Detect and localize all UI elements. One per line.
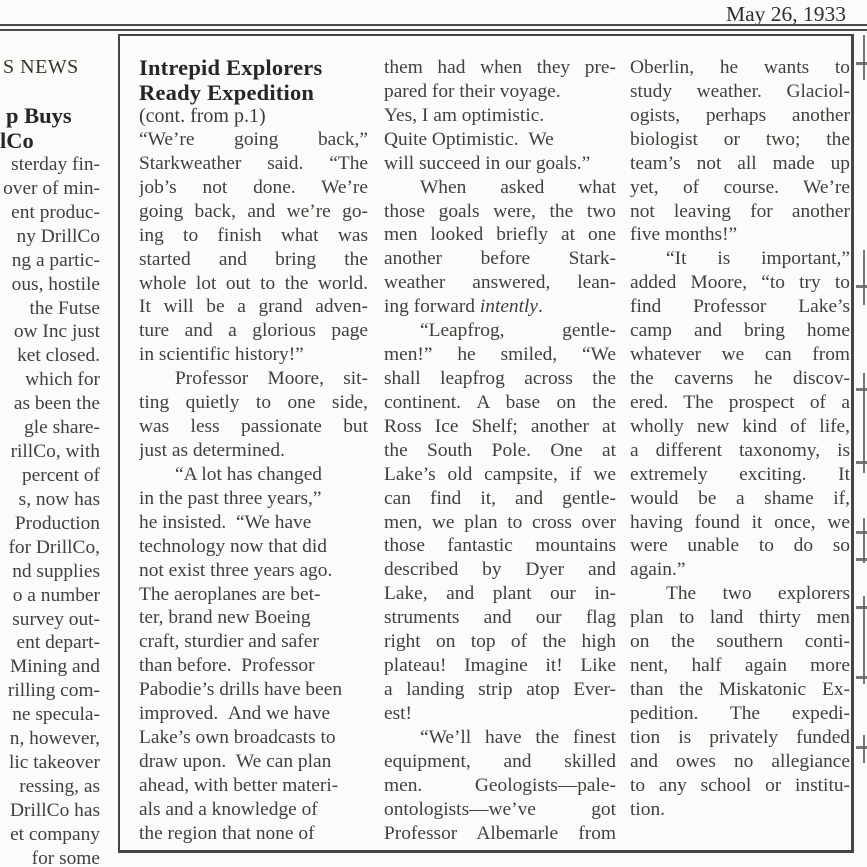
text-line: ture and a glorious page [139,319,368,343]
scan-artifact [856,285,867,288]
scan-artifact [863,596,865,684]
text-line: and owes no allegiance [630,750,850,774]
text-line: on the southern conti- [630,630,850,654]
article-column-3: Oberlin, he wants tostudy weather. Glaci… [630,56,850,822]
text-line: Production [0,512,100,536]
text-line: than the Miskatonic Ex- [630,678,850,702]
text-line: Mining and [0,655,100,679]
text-line: pared for their voyage. [384,80,616,104]
text-line: improved. And we have [139,702,368,726]
text-line: the Futse [0,297,100,321]
text-line: est! [384,702,616,726]
masthead-rule-bottom [0,29,867,31]
text-line: tion is privately funded [630,726,850,750]
text-line: the caverns he discov- [630,367,850,391]
column-3-body: Oberlin, he wants tostudy weather. Glaci… [630,56,850,822]
text-line: having found it once, we [630,511,850,535]
text-line: men!” he smiled, “We [384,343,616,367]
text-line: Lake’s old campsite, if we [384,463,616,487]
text-line: s, now has [0,488,100,512]
text-line: n, however, [0,727,100,751]
text-line: plan to land thirty men [630,606,850,630]
text-line: will succeed in our goals.” [384,152,616,176]
text-line: job’s not done. We’re [139,176,368,200]
text-fragment: ing forward [384,296,480,317]
text-line: those goals were, the two [384,200,616,224]
text-line: ontologists—we’ve got [384,798,616,822]
text-line: ing forward intently. [384,295,616,319]
text-line: than before. Professor [139,654,368,678]
scan-artifact [856,606,867,609]
text-line: Ross Ice Shelf; another at [384,415,616,439]
text-line: men looked briefly at one [384,223,616,247]
text-line: extremely exciting. It [630,463,850,487]
text-line: equipment, and skilled [384,750,616,774]
text-line: ered. The prospect of a [630,391,850,415]
text-line: plateau! Imagine it! Like [384,654,616,678]
text-line: struments and our flag [384,606,616,630]
text-line: “A lot has changed [139,463,368,487]
scan-artifact [863,518,865,563]
left-column-body: sterday fin-over of min-ent produc-ny Dr… [0,153,100,867]
text-line: sterday fin- [0,153,100,177]
text-line: Lake’s own broadcasts to [139,726,368,750]
text-line: a different taxonomy, is [630,439,850,463]
text-line: started and bring the [139,248,368,272]
headline-line: Intrepid Explorers [139,55,368,80]
text-line: right on top of the high [384,630,616,654]
text-line: which for [0,368,100,392]
text-line: wholly new kind of life, [630,415,850,439]
text-line: was less passionate but [139,415,368,439]
text-line: ogists, perhaps another [630,104,850,128]
text-line: ous, hostile [0,273,100,297]
section-header: S NEWS [3,55,79,79]
text-line: shall leapfrog across the [384,367,616,391]
masthead-rule-top [0,24,867,26]
column-2-body: them had when they pre-pared for their v… [384,56,616,845]
text-line: camp and bring home [630,319,850,343]
date-label: May 26, 1933 [726,2,846,26]
text-line: “It is important,” [630,247,850,271]
text-line: ing to finish what was [139,224,368,248]
text-line: “We’ll have the finest [384,726,616,750]
text-line: whole lot out to the world. [139,272,368,296]
scan-artifact [856,676,867,679]
text-line: “We’re going back,” [139,128,368,152]
scan-artifact [856,558,867,561]
text-line: ter, brand new Boeing [139,606,368,630]
column-1-body: “We’re going back,”Starkweather said. “T… [139,128,368,846]
text-line: Oberlin, he wants to [630,56,850,80]
text-line: Starkweather said. “The [139,152,368,176]
text-line: Professor Albemarle from [384,822,616,846]
text-line: Lake, and plant our in- [384,582,616,606]
text-line: nent, half again more [630,654,850,678]
text-line: ressing, as [0,775,100,799]
text-line: going back, and we’re go- [139,200,368,224]
text-line: men. Geologists—pale- [384,774,616,798]
text-line: again.” [630,558,850,582]
text-line: pedition. The expedi- [630,702,850,726]
text-line: ent depart- [0,631,100,655]
text-line: The two explorers [630,582,850,606]
text-line: ent produc- [0,201,100,225]
text-line: als and a knowledge of [139,798,368,822]
text-line: draw upon. We can plan [139,750,368,774]
text-line: tion. [630,798,850,822]
text-line: can find it, and gentle- [384,487,616,511]
text-line: ng a partic- [0,249,100,273]
text-line: study weather. Glaciol- [630,80,850,104]
text-line: gle share- [0,416,100,440]
text-line: for DrillCo, [0,536,100,560]
text-line: rilling com- [0,679,100,703]
headline-line: p Buys [0,103,72,128]
text-line: ahead, with better materi- [139,774,368,798]
text-line: lic takeover [0,751,100,775]
text-line: those fantastic mountains [384,534,616,558]
text-line: them had when they pre- [384,56,616,80]
text-line: he insisted. “We have [139,511,368,535]
scan-artifact [856,746,867,749]
text-line: not leaving for another [630,200,850,224]
text-line: Quite Optimistic. We [384,128,616,152]
left-headline: p Buys lCo [0,103,72,153]
text-line: The aeroplanes are bet- [139,583,368,607]
text-line: nd supplies [0,560,100,584]
article-column-2: them had when they pre-pared for their v… [384,56,616,845]
text-line: team’s not all made up [630,152,850,176]
headline-line: lCo [0,128,72,153]
scan-artifact [863,735,865,763]
text-fragment: . [538,296,543,317]
text-line: ne specula- [0,703,100,727]
continuation-note: (cont. from p.1) [139,105,368,128]
text-line: ting quietly to one side, [139,391,368,415]
text-line: yet, of course. We’re [630,176,850,200]
text-line: would be a shame if, [630,487,850,511]
text-line: survey out- [0,608,100,632]
scan-artifact [856,531,867,534]
text-line: Professor Moore, sit- [139,367,368,391]
text-line: a landing strip atop Ever- [384,678,616,702]
text-line: et company [0,823,100,847]
scan-artifact [863,35,865,80]
text-line: find Professor Lake’s [630,295,850,319]
text-line: Pabodie’s drills have been [139,678,368,702]
text-line: Yes, I am optimistic. [384,104,616,128]
text-line: technology now that did [139,535,368,559]
text-line: another before Stark- [384,247,616,271]
article-column-1: Intrepid Explorers Ready Expedition (con… [139,55,368,846]
text-line: ow Inc just [0,320,100,344]
headline-line: Ready Expedition [139,80,368,105]
text-line: not exist three years ago. [139,559,368,583]
text-line: When asked what [384,176,616,200]
scan-artifact [863,250,865,305]
newspaper-page: May 26, 1933 S NEWS p Buys lCo sterday f… [0,0,867,867]
text-line: It will be a grand adven- [139,295,368,319]
text-line: the region that none of [139,822,368,846]
text-line: rillCo, with [0,440,100,464]
left-cutoff-column: S NEWS p Buys lCo sterday fin-over of mi… [0,0,100,867]
text-line: five months!” [630,223,850,247]
text-line: craft, sturdier and safer [139,630,368,654]
text-line: just as determined. [139,439,368,463]
text-line: as been the [0,392,100,416]
text-line: biologist or two; the [630,128,850,152]
text-line: ny DrillCo [0,225,100,249]
scan-artifact [856,62,867,65]
text-line: percent of [0,464,100,488]
text-line: men, we plan to cross over [384,511,616,535]
text-line: described by Dyer and [384,558,616,582]
scan-artifact [856,461,867,464]
text-line: to any school or institu- [630,774,850,798]
text-line: weather answered, lean- [384,271,616,295]
article-headline: Intrepid Explorers Ready Expedition [139,55,368,105]
text-line: over of min- [0,177,100,201]
text-line: continent. A base on the [384,391,616,415]
text-line: added Moore, “to try to [630,271,850,295]
text-line: in the past three years,” [139,487,368,511]
scan-artifact [856,388,867,391]
text-line: ket closed. [0,344,100,368]
text-line: “Leapfrog, gentle- [384,319,616,343]
text-line: in scientific history!” [139,343,368,367]
text-line: were unable to do so [630,534,850,558]
italic-text: intently [480,296,538,317]
text-line: the South Pole. One at [384,439,616,463]
text-line: o a number [0,584,100,608]
text-line: for some [0,847,100,867]
text-line: whatever we can from [630,343,850,367]
text-line: DrillCo has [0,799,100,823]
